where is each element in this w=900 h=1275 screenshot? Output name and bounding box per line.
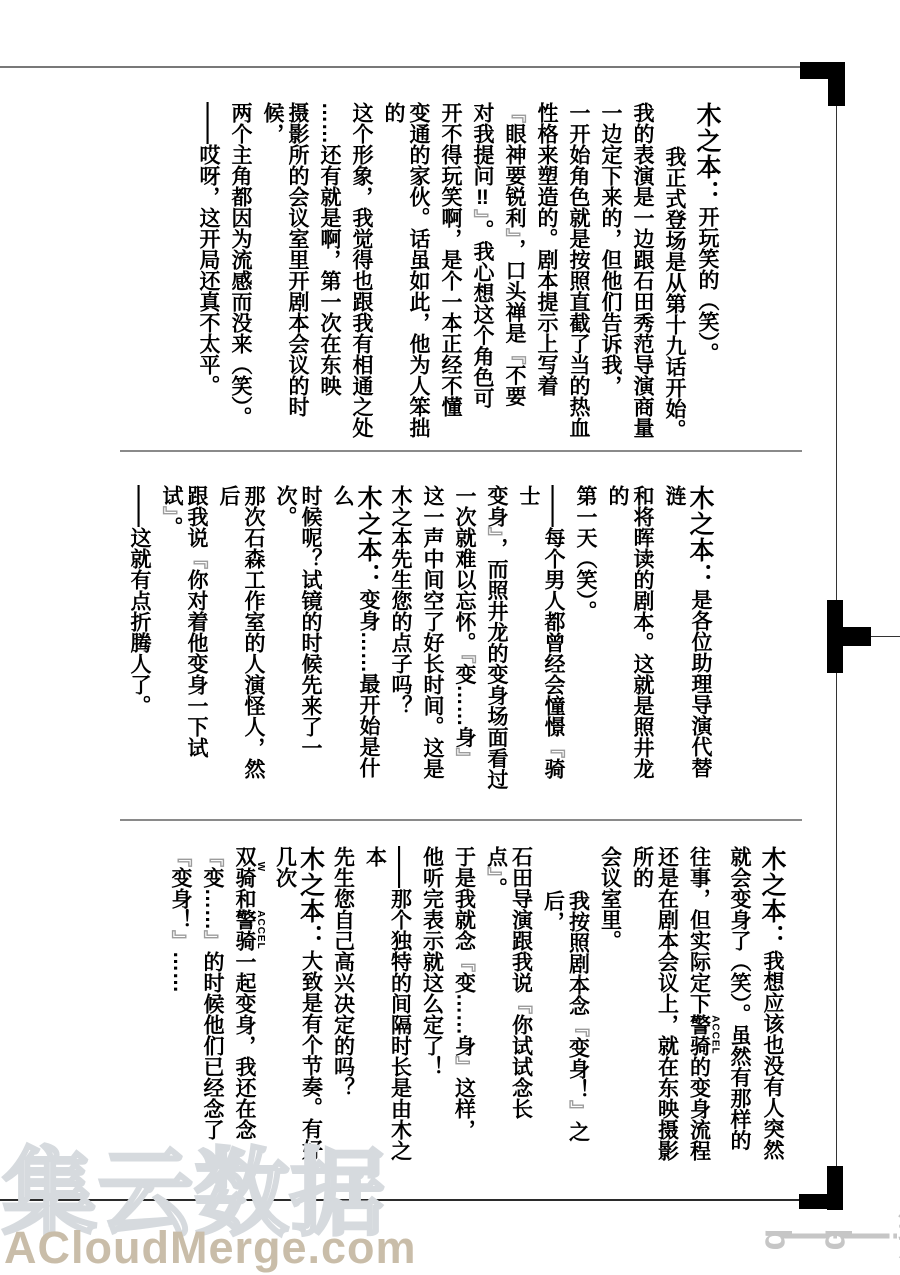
paragraph-column: 这个形象，我觉得也跟我有相通之处 <box>349 102 374 452</box>
paragraph-column: 于是我就念『变……身』这样， <box>452 846 477 1166</box>
crop-mark-middle-right-arm <box>843 627 871 646</box>
quote-bracket: 』 <box>485 527 508 538</box>
quote-bracket: 『 <box>503 102 526 123</box>
crop-mark-top-right-vertical <box>828 62 845 106</box>
speaker-name: 木之本： <box>686 485 714 589</box>
paragraph-column: 就会变身了（笑）。虽然有那样的 <box>727 846 752 1166</box>
paragraph-column: 跟我说『你对着他变身一下试试』。 <box>159 485 209 791</box>
paragraph-column: 他听完表示就这么定了！ <box>420 846 445 1166</box>
paragraph-column: 对我提问‼』。我心想这个角色可 <box>470 102 495 452</box>
quote-bracket: 』 <box>567 1100 590 1121</box>
quote-bracket: 『 <box>453 951 476 972</box>
crop-mark-middle-right <box>827 600 843 673</box>
paragraph-column: 『眼神要锐利』，口头禅是『不要 <box>502 102 527 452</box>
paragraph-column: 两个主角都因为流感而没来（笑）。 <box>228 102 253 452</box>
speaker-paragraph: 木之本：开玩笑的（笑）。 <box>694 102 720 452</box>
scanned-interview-page: { "page": { "width": 900, "height": 1275… <box>0 0 900 1275</box>
interview-block-top: 木之本：开玩笑的（笑）。我正式登场是从第十九话开始。我的表演是一边跟石田秀范导演… <box>189 102 727 452</box>
crop-mark-bottom-right-arm <box>799 1194 843 1209</box>
speaker-paragraph: 木之本：我想应该也没有人突然 <box>759 846 785 1166</box>
paragraph-column: 往事，但实际定下警骑ACCEL的变身流程 <box>687 846 721 1166</box>
paragraph-column: 还是在剧本会议上，就在东映摄影所的 <box>630 846 680 1166</box>
quote-bracket: 』 <box>453 748 476 769</box>
speaker-name: 木之本： <box>354 485 382 589</box>
quote-bracket: 『 <box>185 548 208 569</box>
paragraph-column: 会议室里。 <box>598 846 623 1166</box>
paragraph-column: 我正式登场是从第十九话开始。 <box>662 102 687 452</box>
paragraph-column: 那次石森工作室的人演怪人，然后 <box>216 485 266 791</box>
paragraph-column: 开不得玩笑啊，是个一本正经不懂 <box>438 102 463 452</box>
reader-logo-letter: i <box>862 1229 900 1244</box>
interviewer-line: ——哎呀，这开局还真不太平。 <box>196 102 221 452</box>
paragraph-column: 变身』，而照井龙的变身场面看过 <box>484 485 509 791</box>
quote-bracket: 』 <box>160 506 183 517</box>
paragraph-column: 一边定下来的，但他们告诉我， <box>598 102 623 452</box>
speaker-paragraph: 木之本：是各位助理导演代替涟 <box>662 485 713 791</box>
quote-bracket: 『 <box>503 344 526 365</box>
paragraph-column: 和将晖读的剧本。这就是照井龙的 <box>605 485 655 791</box>
ruby-annotated-word: 警骑ACCEL <box>688 1014 711 1056</box>
interviewer-line: ——这就有点折腾人了。 <box>127 485 152 791</box>
interview-block-middle: 木之本：是各位助理导演代替涟和将晖读的剧本。这就是照井龙的第一天（笑）。——每个… <box>120 485 720 791</box>
paragraph-column: 时候呢？试镜的时候先来了一次。 <box>273 485 323 791</box>
paragraph-column: 性格来塑造的。剧本提示上写着 <box>534 102 559 452</box>
paragraph-column: 这一声中间空了好长时间。这是 <box>420 485 445 791</box>
center-trim-line <box>870 636 900 637</box>
paragraph-column: 一次就难以忘怀。『变……身』 <box>452 485 477 791</box>
quote-bracket: 』 <box>453 1056 476 1077</box>
paragraph-column: 变通的家伙。话虽如此，他为人笨拙的 <box>381 102 431 452</box>
paragraph-column: 木之本先生您的点子吗？ <box>388 485 413 791</box>
section-divider-rule-2 <box>120 819 802 821</box>
speaker-name: 木之本： <box>297 846 325 950</box>
quote-bracket: 『 <box>201 846 224 867</box>
quote-bracket: 』 <box>169 930 192 951</box>
watermark-site-url: ACloudMerge.com <box>4 1222 417 1274</box>
quote-bracket: 』 <box>503 228 526 239</box>
paragraph-column: 石田导演跟我说『你试试念长点』。 <box>484 846 534 1166</box>
quote-bracket: 『 <box>567 1016 590 1037</box>
quote-bracket: 』 <box>201 930 224 951</box>
quote-bracket: 『 <box>453 653 476 664</box>
quote-bracket: 『 <box>510 993 533 1014</box>
top-trim-rule <box>0 66 803 68</box>
speaker-name: 木之本： <box>758 846 786 950</box>
ruby-annotated-word: 警骑ACCEL <box>233 909 256 951</box>
speaker-paragraph: 木之本：变身……最开始是什么 <box>330 485 381 791</box>
paragraph-column: 第一天（笑）。 <box>573 485 598 791</box>
speaker-name: 木之本： <box>693 102 721 206</box>
ruby-annotated-word: 双骑W <box>233 846 256 888</box>
quote-bracket: 』 <box>485 867 508 878</box>
reader-logo: bilibili 漫 画 <box>770 1210 900 1263</box>
quote-bracket: 『 <box>169 846 192 867</box>
paragraph-column: 摄影所的会议室里开剧本会议的时候， <box>260 102 310 452</box>
paragraph-column: 一开始角色就是按照直截了当的热血 <box>566 102 591 452</box>
quote-bracket: 『 <box>542 737 565 758</box>
paragraph-column: 我的表演是一边跟石田秀范导演商量 <box>630 102 655 452</box>
quote-bracket: 』 <box>471 209 494 220</box>
paragraph-column: 我按照剧本念『变身！』之后， <box>541 846 591 1166</box>
paragraph-column: ……还有就是啊，第一次在东映 <box>317 102 342 452</box>
interviewer-line: ——每个男人都曾经会憧憬『骑士 <box>516 485 566 791</box>
reader-logo-latin-letters: bilibili <box>770 1215 890 1257</box>
